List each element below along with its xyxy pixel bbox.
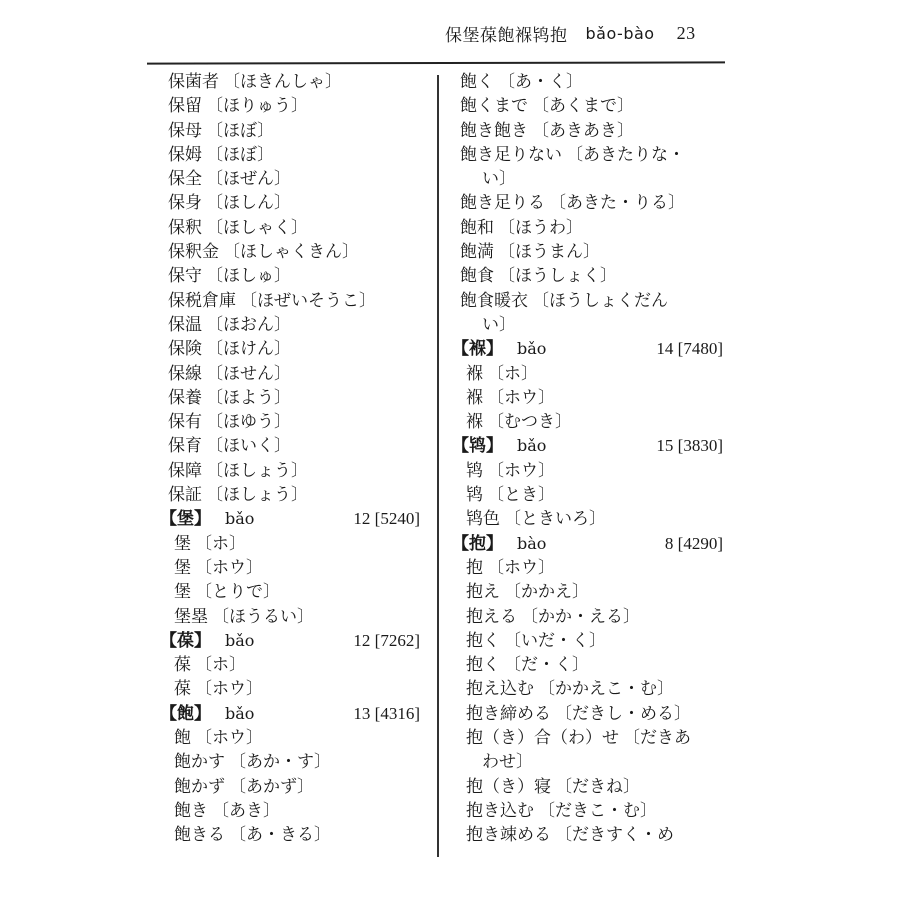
entry-reading: 〔ほしゃく〕 <box>206 218 308 238</box>
entry-word: 堡 <box>174 582 191 602</box>
entry-reading: 〔ホウ〕 <box>195 728 263 748</box>
dictionary-entry: 保菌者〔ほきんしゃ〕 <box>160 70 430 94</box>
dictionary-entry: 葆〔ホ〕 <box>160 653 430 677</box>
entry-reading: 〔とりで〕 <box>195 582 280 602</box>
entry-reading: 〔むつき〕 <box>487 412 572 432</box>
dictionary-entry: 保育〔ほいく〕 <box>160 434 430 458</box>
dictionary-entry: 飽く〔あ・く〕 <box>452 70 727 94</box>
character-code: [7262] <box>375 631 420 650</box>
headword-character: 【抱】 <box>452 532 503 556</box>
entry-word: 飽食暖衣 <box>460 291 528 311</box>
entry-word: 葆 <box>174 679 191 699</box>
entry-word: 飽食 <box>460 266 494 286</box>
entry-word: 飽 <box>174 728 191 748</box>
dictionary-entry: 飽かす〔あか・す〕 <box>160 750 430 774</box>
stroke-count: 13 <box>353 704 370 723</box>
stroke-count: 15 <box>656 436 673 455</box>
entry-word: 保母 <box>168 121 202 141</box>
entry-reading: 〔あきたりな・ <box>566 145 685 165</box>
dictionary-entry: 堡塁〔ほうるい〕 <box>160 605 430 629</box>
dictionary-entry: 飽き足りない〔あきたりな・ <box>452 143 727 167</box>
entry-reading: 〔ほぜいそうこ〕 <box>240 291 376 311</box>
column-divider <box>437 75 439 857</box>
character-code: [7480] <box>678 339 723 358</box>
entry-reading: 〔ほしょう〕 <box>206 461 308 481</box>
entry-reading: 〔ほいく〕 <box>206 436 291 456</box>
entry-reading: 〔ほけん〕 <box>206 339 291 359</box>
entry-reading: 〔ほゆう〕 <box>206 412 291 432</box>
entry-word: 抱（き）寝 <box>466 777 551 797</box>
entry-word: 飽き足りる <box>460 193 545 213</box>
entry-word: 鸨 <box>466 485 483 505</box>
entry-reading: 〔ほおん〕 <box>206 315 291 335</box>
entry-reading: 〔ホウ〕 <box>487 388 555 408</box>
dictionary-entry: 保険〔ほけん〕 <box>160 337 430 361</box>
entry-word: 飽く <box>460 72 494 92</box>
entry-word: 保有 <box>168 412 202 432</box>
entry-word: 保税倉庫 <box>168 291 236 311</box>
headword-pinyin: bǎo <box>517 434 546 458</box>
stroke-count: 12 <box>353 631 370 650</box>
dictionary-entry: 保温〔ほおん〕 <box>160 313 430 337</box>
entry-reading: 〔だきこ・む〕 <box>538 801 657 821</box>
entry-word: 抱く <box>466 655 500 675</box>
entry-reading: 〔あきあき〕 <box>532 121 634 141</box>
dictionary-entry: 褓〔ホ〕 <box>452 362 727 386</box>
entry-reading: 〔かかえこ・む〕 <box>538 679 674 699</box>
entry-word: 堡 <box>174 558 191 578</box>
entry-word: 保育 <box>168 436 202 456</box>
header-characters: 保堡葆飽褓鸨抱 <box>445 21 568 46</box>
headword-entry: 【堡】bǎo12 [5240] <box>160 507 430 531</box>
dictionary-entry: 保障〔ほしょう〕 <box>160 459 430 483</box>
entry-reading: 〔ほよう〕 <box>206 388 291 408</box>
dictionary-entry: 飽食〔ほうしょく〕 <box>452 264 727 288</box>
entry-word: 飽くまで <box>460 96 528 116</box>
headword-stroke-code: 15 [3830] <box>656 434 723 458</box>
entry-reading: 〔かかえ〕 <box>504 582 589 602</box>
entry-reading: 〔ホ〕 <box>487 364 538 384</box>
entry-word: 保養 <box>168 388 202 408</box>
dictionary-entry: 飽きる〔あ・きる〕 <box>160 823 430 847</box>
entry-word: 保温 <box>168 315 202 335</box>
headword-character: 【鸨】 <box>452 434 503 458</box>
entry-reading: 〔ほうるい〕 <box>212 607 314 627</box>
dictionary-entry: 抱え〔かかえ〕 <box>452 580 727 604</box>
dictionary-entry: 葆〔ホウ〕 <box>160 677 430 701</box>
character-code: [4316] <box>375 704 420 723</box>
headword-entry: 【飽】bǎo13 [4316] <box>160 702 430 726</box>
dictionary-entry: 褓〔むつき〕 <box>452 410 727 434</box>
entry-word: 保釈金 <box>168 242 219 262</box>
entry-word: 堡塁 <box>174 607 208 627</box>
headword-character: 【葆】 <box>160 629 211 653</box>
entry-word: 保姆 <box>168 145 202 165</box>
headword-pinyin: bào <box>517 532 546 556</box>
dictionary-entry: 飽満〔ほうまん〕 <box>452 240 727 264</box>
entry-reading: 〔あきた・りる〕 <box>549 193 685 213</box>
dictionary-entry: 飽き〔あき〕 <box>160 799 430 823</box>
entry-reading: 〔ホウ〕 <box>487 461 555 481</box>
entry-word: 保障 <box>168 461 202 481</box>
entry-word: 抱（き）合（わ）せ <box>466 728 619 748</box>
entry-word: 保菌者 <box>168 72 219 92</box>
header-rule <box>147 61 725 64</box>
header-pinyin-range: bǎo-bào <box>586 24 655 43</box>
dictionary-entry: 抱き締める〔だきし・める〕 <box>452 702 727 726</box>
character-code: [5240] <box>375 509 420 528</box>
headword-character: 【堡】 <box>160 507 211 531</box>
dictionary-entry: 抱（き）合（わ）せ〔だきあ <box>452 726 727 750</box>
entry-word: 飽き <box>174 801 208 821</box>
entry-reading: 〔ほぼ〕 <box>206 145 274 165</box>
entry-word: 保留 <box>168 96 202 116</box>
entry-reading: 〔ほきんしゃ〕 <box>223 72 342 92</box>
entry-word: 保全 <box>168 169 202 189</box>
entry-word: 飽きる <box>174 825 225 845</box>
entry-reading: 〔ホウ〕 <box>195 679 263 699</box>
entry-word: 褓 <box>466 364 483 384</box>
dictionary-entry: 保釈〔ほしゃく〕 <box>160 216 430 240</box>
entry-reading-continuation: い〕 <box>452 313 727 337</box>
entry-reading: 〔あ・く〕 <box>498 72 583 92</box>
dictionary-entry: 飽き足りる〔あきた・りる〕 <box>452 191 727 215</box>
entry-word: 保守 <box>168 266 202 286</box>
entry-reading: 〔ほしん〕 <box>206 193 291 213</box>
dictionary-entry: 抱（き）寝〔だきね〕 <box>452 775 727 799</box>
entry-word: 抱 <box>466 558 483 578</box>
headword-pinyin: bǎo <box>517 337 546 361</box>
entry-word: 鸨色 <box>466 509 500 529</box>
stroke-count: 14 <box>656 339 673 358</box>
entry-word: 飽き足りない <box>460 145 562 165</box>
headword-pinyin: bǎo <box>225 507 254 531</box>
dictionary-entry: 抱える〔かか・える〕 <box>452 605 727 629</box>
entry-reading: 〔ホ〕 <box>195 655 246 675</box>
entry-reading: 〔ほりゅう〕 <box>206 96 308 116</box>
dictionary-entry: 保線〔ほせん〕 <box>160 362 430 386</box>
headword-pinyin: bǎo <box>225 702 254 726</box>
entry-word: 抱え <box>466 582 500 602</box>
entry-reading: 〔いだ・く〕 <box>504 631 606 651</box>
dictionary-entry: 鸨〔とき〕 <box>452 483 727 507</box>
entry-reading: 〔ときいろ〕 <box>504 509 606 529</box>
entry-reading: 〔あ・きる〕 <box>229 825 331 845</box>
entry-reading: 〔だ・く〕 <box>504 655 589 675</box>
entry-reading: 〔だきね〕 <box>555 777 640 797</box>
dictionary-entry: 飽食暖衣〔ほうしょくだん <box>452 289 727 313</box>
stroke-count: 8 <box>665 534 674 553</box>
entry-reading: 〔だきあ <box>623 728 691 748</box>
stroke-count: 12 <box>353 509 370 528</box>
entry-word: 飽和 <box>460 218 494 238</box>
entry-reading: 〔とき〕 <box>487 485 555 505</box>
dictionary-entry: 抱く〔だ・く〕 <box>452 653 727 677</box>
entry-reading: 〔あかず〕 <box>229 777 314 797</box>
entry-word: 抱え込む <box>466 679 534 699</box>
page-number: 23 <box>677 23 696 44</box>
entry-reading: 〔ほしゅ〕 <box>206 266 291 286</box>
dictionary-entry: 飽〔ホウ〕 <box>160 726 430 750</box>
headword-character: 【飽】 <box>160 702 211 726</box>
dictionary-entry: 保姆〔ほぼ〕 <box>160 143 430 167</box>
left-column: 保菌者〔ほきんしゃ〕保留〔ほりゅう〕保母〔ほぼ〕保姆〔ほぼ〕保全〔ほぜん〕保身〔… <box>160 70 430 848</box>
dictionary-entry: 保証〔ほしょう〕 <box>160 483 430 507</box>
entry-word: 飽かず <box>174 777 225 797</box>
headword-entry: 【褓】bǎo14 [7480] <box>452 337 727 361</box>
entry-reading-continuation: わせ〕 <box>452 750 727 774</box>
headword-stroke-code: 12 [7262] <box>353 629 420 653</box>
entry-reading-continuation: い〕 <box>452 167 727 191</box>
character-code: [4290] <box>678 534 723 553</box>
entry-word: 飽満 <box>460 242 494 262</box>
dictionary-entry: 堡〔ホ〕 <box>160 532 430 556</box>
dictionary-entry: 保守〔ほしゅ〕 <box>160 264 430 288</box>
dictionary-entry: 保全〔ほぜん〕 <box>160 167 430 191</box>
entry-reading: 〔ほうまん〕 <box>498 242 600 262</box>
entry-reading: 〔ホウ〕 <box>195 558 263 578</box>
dictionary-entry: 保身〔ほしん〕 <box>160 191 430 215</box>
entry-reading: 〔だきすく・め <box>555 825 674 845</box>
entry-word: 葆 <box>174 655 191 675</box>
entry-word: 保線 <box>168 364 202 384</box>
dictionary-entry: 保税倉庫〔ほぜいそうこ〕 <box>160 289 430 313</box>
dictionary-entry: 堡〔とりで〕 <box>160 580 430 604</box>
entry-word: 褓 <box>466 412 483 432</box>
entry-reading: 〔ホウ〕 <box>487 558 555 578</box>
entry-word: 鸨 <box>466 461 483 481</box>
dictionary-entry: 飽和〔ほうわ〕 <box>452 216 727 240</box>
headword-stroke-code: 13 [4316] <box>353 702 420 726</box>
dictionary-entry: 飽かず〔あかず〕 <box>160 775 430 799</box>
entry-reading: 〔ほしょう〕 <box>206 485 308 505</box>
entry-word: 保証 <box>168 485 202 505</box>
entry-word: 褓 <box>466 388 483 408</box>
entry-reading: 〔ほせん〕 <box>206 364 291 384</box>
entry-word: 保険 <box>168 339 202 359</box>
entry-word: 飽かす <box>174 752 225 772</box>
dictionary-entry: 抱〔ホウ〕 <box>452 556 727 580</box>
entry-word: 抱き込む <box>466 801 534 821</box>
dictionary-entry: 保養〔ほよう〕 <box>160 386 430 410</box>
dictionary-entry: 飽くまで〔あくまで〕 <box>452 94 727 118</box>
dictionary-entry: 褓〔ホウ〕 <box>452 386 727 410</box>
dictionary-entry: 保母〔ほぼ〕 <box>160 119 430 143</box>
dictionary-entry: 保釈金〔ほしゃくきん〕 <box>160 240 430 264</box>
entry-word: 堡 <box>174 534 191 554</box>
dictionary-entry: 飽き飽き〔あきあき〕 <box>452 119 727 143</box>
headword-entry: 【葆】bǎo12 [7262] <box>160 629 430 653</box>
dictionary-entry: 抱え込む〔かかえこ・む〕 <box>452 677 727 701</box>
headword-stroke-code: 14 [7480] <box>656 337 723 361</box>
dictionary-entry: 堡〔ホウ〕 <box>160 556 430 580</box>
dictionary-entry: 抱く〔いだ・く〕 <box>452 629 727 653</box>
entry-reading: 〔あくまで〕 <box>532 96 634 116</box>
headword-stroke-code: 12 [5240] <box>353 507 420 531</box>
running-header: 保堡葆飽褓鸨抱 bǎo-bào 23 <box>445 18 725 48</box>
entry-reading: 〔ほぜん〕 <box>206 169 291 189</box>
entry-word: 抱き竦める <box>466 825 551 845</box>
entry-word: 抱き締める <box>466 704 551 724</box>
entry-reading: 〔ほうしょく〕 <box>498 266 617 286</box>
dictionary-entry: 鸨〔ホウ〕 <box>452 459 727 483</box>
dictionary-entry: 保有〔ほゆう〕 <box>160 410 430 434</box>
entry-reading: 〔あき〕 <box>212 801 280 821</box>
dictionary-entry: 保留〔ほりゅう〕 <box>160 94 430 118</box>
entry-reading: 〔だきし・める〕 <box>555 704 691 724</box>
entry-word: 抱く <box>466 631 500 651</box>
entry-reading: 〔あか・す〕 <box>229 752 331 772</box>
dictionary-entry: 鸨色〔ときいろ〕 <box>452 507 727 531</box>
entry-reading: 〔ほうわ〕 <box>498 218 583 238</box>
dictionary-entry: 抱き込む〔だきこ・む〕 <box>452 799 727 823</box>
entry-reading: 〔ほぼ〕 <box>206 121 274 141</box>
entry-reading: 〔かか・える〕 <box>521 607 640 627</box>
headword-pinyin: bǎo <box>225 629 254 653</box>
headword-character: 【褓】 <box>452 337 503 361</box>
entry-word: 保釈 <box>168 218 202 238</box>
entry-reading: 〔ほうしょくだん <box>532 291 668 311</box>
right-column: 飽く〔あ・く〕飽くまで〔あくまで〕飽き飽き〔あきあき〕飽き足りない〔あきたりな・… <box>452 70 727 848</box>
headword-entry: 【抱】bào8 [4290] <box>452 532 727 556</box>
entry-reading: 〔ホ〕 <box>195 534 246 554</box>
entry-word: 飽き飽き <box>460 121 528 141</box>
character-code: [3830] <box>678 436 723 455</box>
entry-word: 抱える <box>466 607 517 627</box>
entry-reading: 〔ほしゃくきん〕 <box>223 242 359 262</box>
headword-stroke-code: 8 [4290] <box>665 532 723 556</box>
headword-entry: 【鸨】bǎo15 [3830] <box>452 434 727 458</box>
dictionary-entry: 抱き竦める〔だきすく・め <box>452 823 727 847</box>
entry-word: 保身 <box>168 193 202 213</box>
